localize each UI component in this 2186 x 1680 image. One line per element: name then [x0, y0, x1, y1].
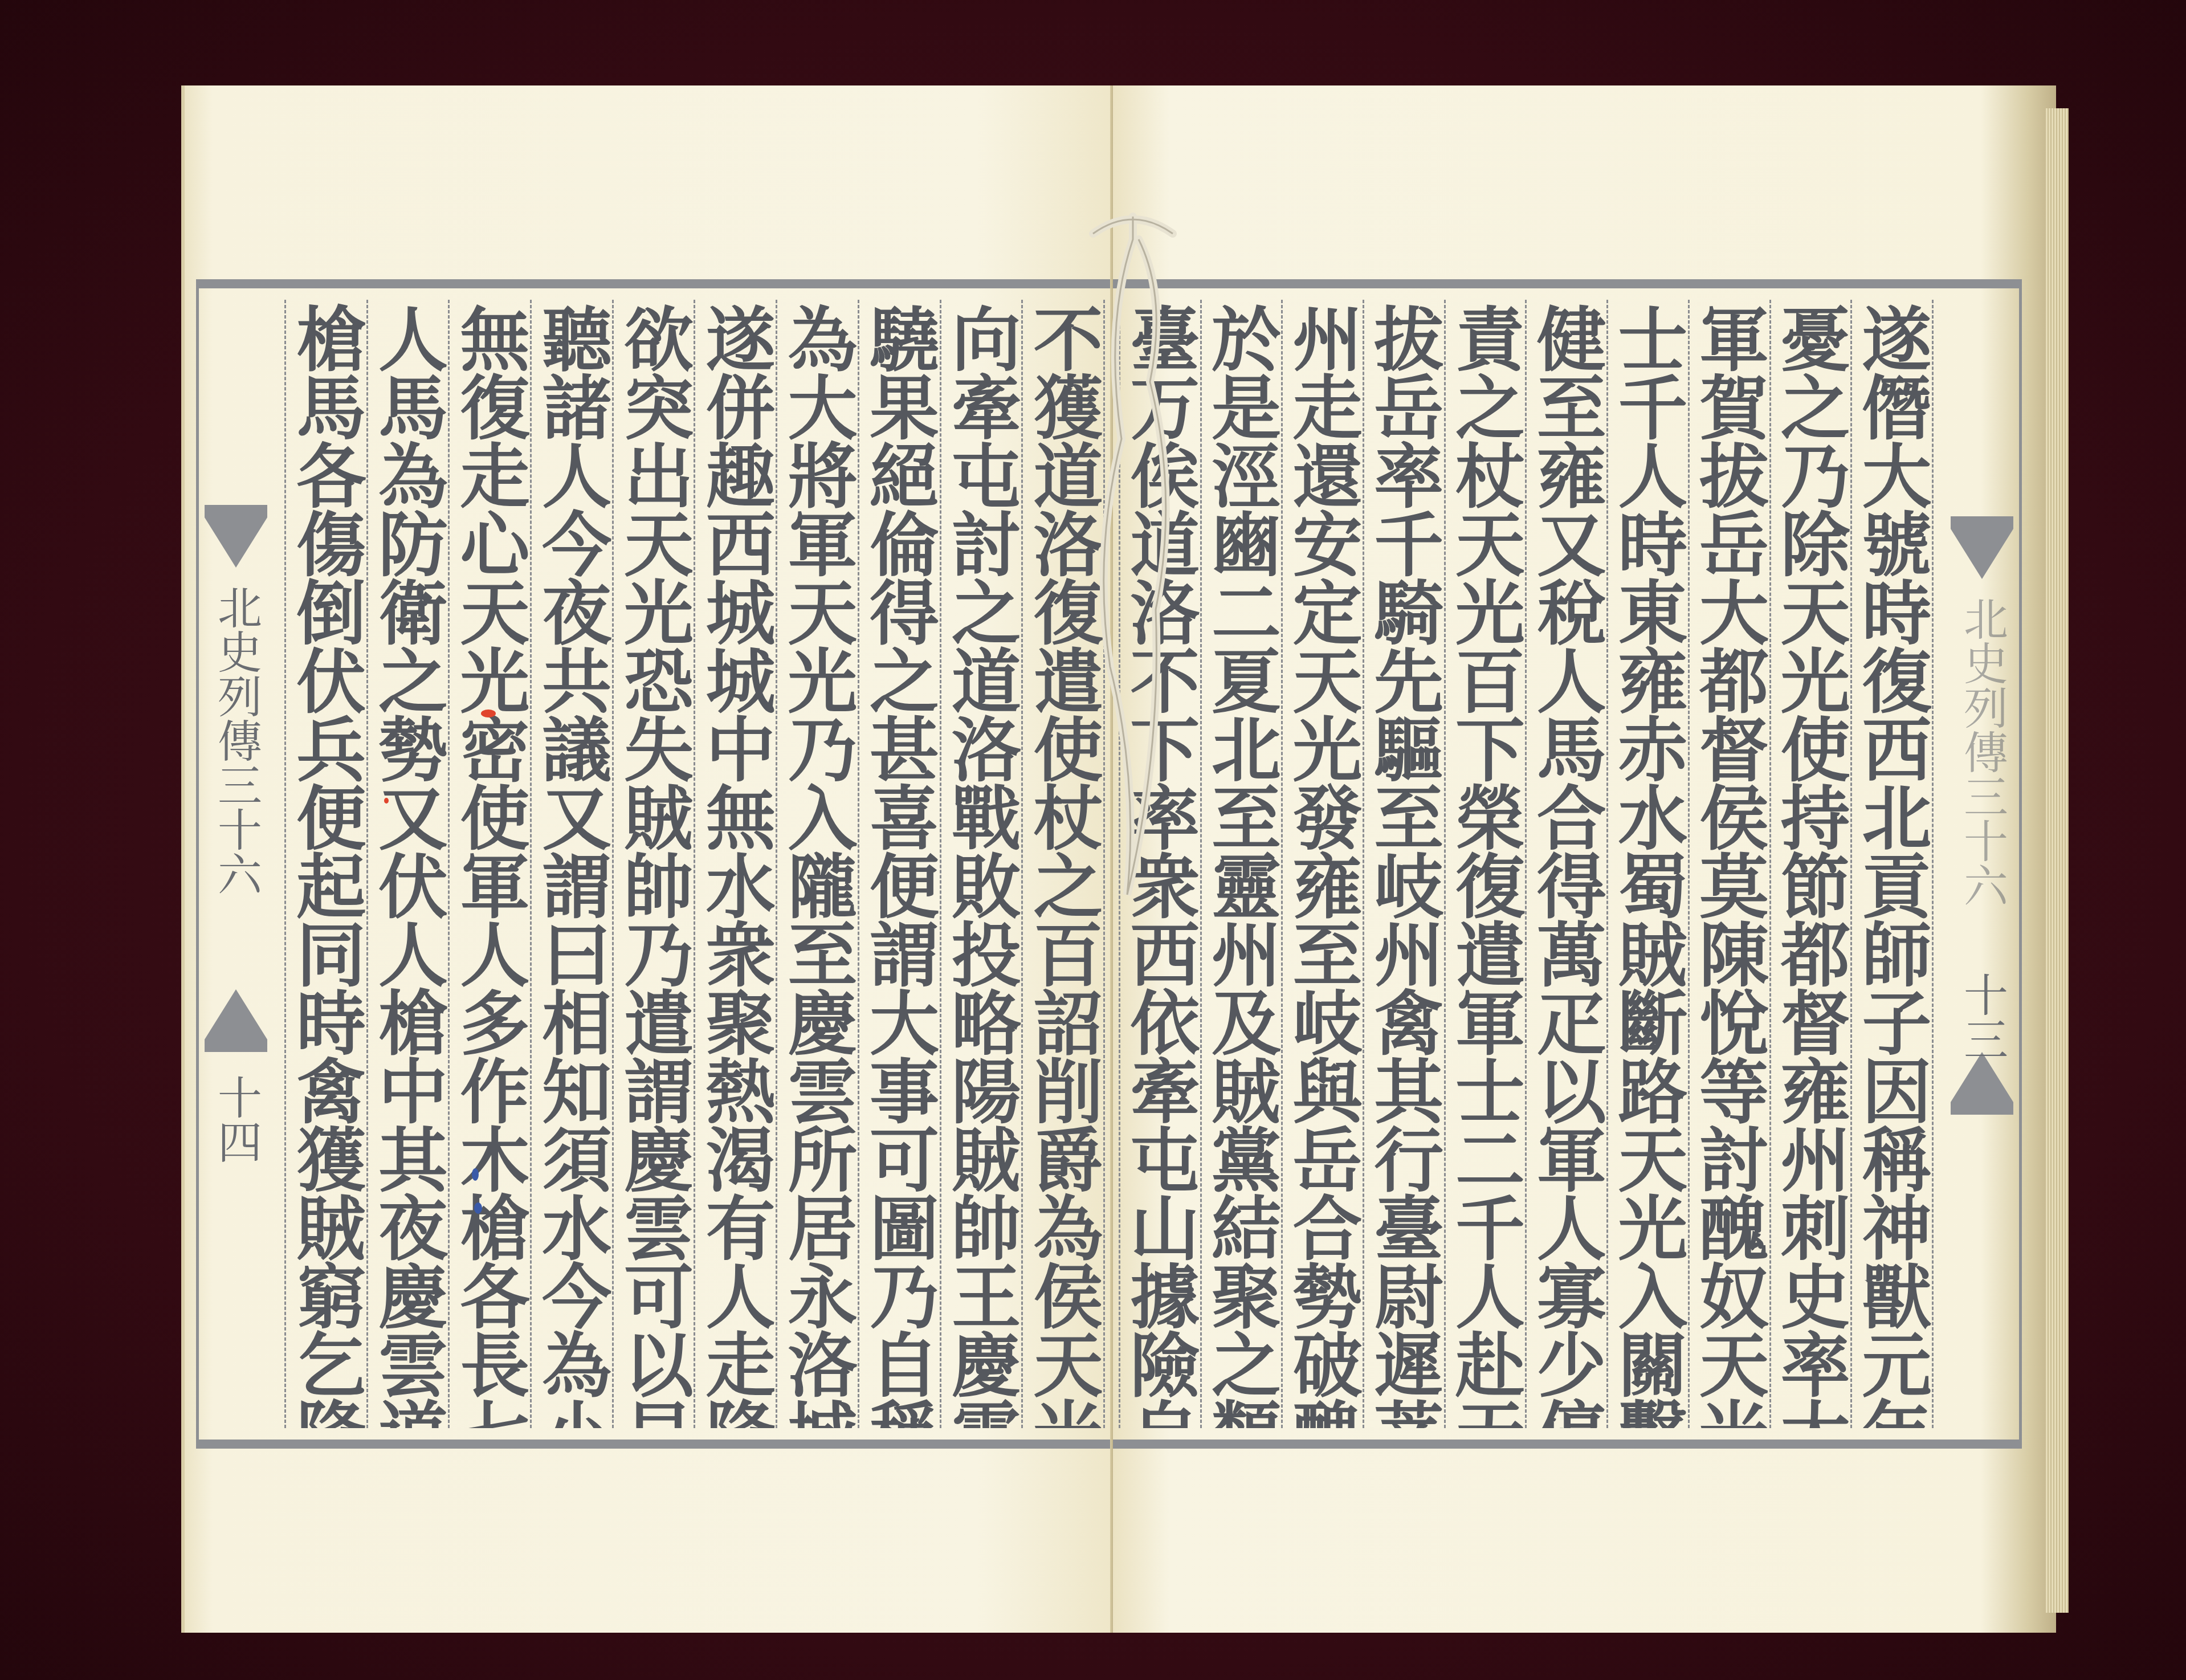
page-number: 十三: [1956, 972, 2008, 1061]
text-column: 向牽屯討之道洛戰敗投略陽賊帥王慶雲慶雲以道洛: [940, 300, 1022, 1428]
margin-title: 北史列傳三十六: [210, 585, 262, 896]
margin-title: 北史列傳三十六: [1956, 596, 2008, 907]
text-column: 欲突出天光恐失賊帥乃遣謂慶雲可以早降若未決當: [612, 300, 694, 1428]
text-column: 士千人時東雍赤水蜀賊斷路天光入關擊破之簡取壯: [1606, 300, 1688, 1428]
left-text-frame: 北史列傳三十六 十四 不獲道洛復遣使杖之百詔削爵為侯天光與岳悅等復 向牽屯討之道…: [196, 279, 1116, 1449]
text-column: 臺万俟道洛不下率衆西依牽屯山據險自守榮責天光: [1119, 300, 1200, 1428]
text-column: 為大將軍天光乃入隴至慶雲所居永洛城破其東城賊: [776, 300, 858, 1428]
text-column: 遂僭大號時復西北貢師子因稱神獸元年置百官朝廷: [1850, 300, 1934, 1428]
left-columns: 不獲道洛復遣使杖之百詔削爵為侯天光與岳悅等復 向牽屯討之道洛戰敗投略陽賊帥王慶雲…: [284, 300, 1105, 1428]
text-column: 於是涇豳二夏北至靈州及賊黨結聚之類並降唯賊行: [1200, 300, 1282, 1428]
text-column: 州走還安定天光發雍至岐與岳合勢破醜奴獲蕭寶夤: [1281, 300, 1363, 1428]
fish-tail-top-icon: [205, 505, 267, 568]
text-column: 憂之乃除天光使持節都督雍州刺史率大都督武衛將: [1769, 300, 1851, 1428]
text-column: 槍馬各傷倒伏兵便起同時禽獲賊窮乞降而已天光岳: [284, 300, 366, 1428]
text-column: 驍果絕倫得之甚喜便謂大事可圖乃自稱皇帝以道洛: [858, 300, 940, 1428]
text-column: 健至雍又稅人馬合得萬疋以軍人寡少停留未進榮遣: [1525, 300, 1606, 1428]
fish-tail-bottom-icon: [205, 989, 267, 1052]
fish-tail-top-icon: [1951, 516, 2013, 579]
right-page: 遂僭大號時復西北貢師子因稱神獸元年置百官朝廷 憂之乃除天光使持節都督雍州刺史率大…: [1113, 85, 2056, 1633]
text-column: 軍賀拔岳大都督侯莫陳悅等討醜奴天光初行唯有軍: [1688, 300, 1769, 1428]
text-column: 拔岳率千騎先驅至岐州禽其行臺尉遲菩薩醜奴棄岐: [1363, 300, 1444, 1428]
page-stack-edge: [2046, 108, 2069, 1613]
text-column: 人馬為防衛之勢又伏人槍中其夜慶雲道洛果突出至: [366, 300, 448, 1428]
right-columns: 遂僭大號時復西北貢師子因稱神獸元年置百官朝廷 憂之乃除天光使持節都督雍州刺史率大…: [1119, 300, 1934, 1428]
red-ink-mark: [481, 709, 496, 717]
red-ink-mark: [384, 798, 389, 804]
text-column: 遂併趣西城城中無水衆聚熱渴有人走降言慶雲道洛: [694, 300, 776, 1428]
text-column: 責之杖天光百下榮復遣軍士二千人赴天光天光令賀: [1444, 300, 1526, 1428]
left-page: 北史列傳三十六 十四 不獲道洛復遣使杖之百詔削爵為侯天光與岳悅等復 向牽屯討之道…: [181, 85, 1116, 1633]
fish-tail-bottom-icon: [1951, 1052, 2013, 1115]
blue-ink-mark: [472, 1168, 479, 1181]
left-fish-tail-margin: 北史列傳三十六 十四: [199, 300, 273, 1428]
right-text-frame: 遂僭大號時復西北貢師子因稱神獸元年置百官朝廷 憂之乃除天光使持節都督雍州刺史率大…: [1113, 279, 2022, 1449]
text-column: 無復走心天光密使軍人多作木槍各長七尺至昏布立: [448, 300, 530, 1428]
text-column: 不獲道洛復遣使杖之百詔削爵為侯天光與岳悅等復: [1021, 300, 1105, 1428]
open-book: 北史列傳三十六 十四 不獲道洛復遣使杖之百詔削爵為侯天光與岳悅等復 向牽屯討之道…: [181, 85, 2056, 1633]
blue-ink-mark: [474, 1202, 482, 1214]
text-column: 聽諸人今夜共議又謂曰相知須水今為小退賊衆安悅: [530, 300, 612, 1428]
right-fish-tail-margin: 北史列傳三十六 十三: [1945, 300, 2019, 1428]
page-number: 十四: [210, 1075, 262, 1164]
